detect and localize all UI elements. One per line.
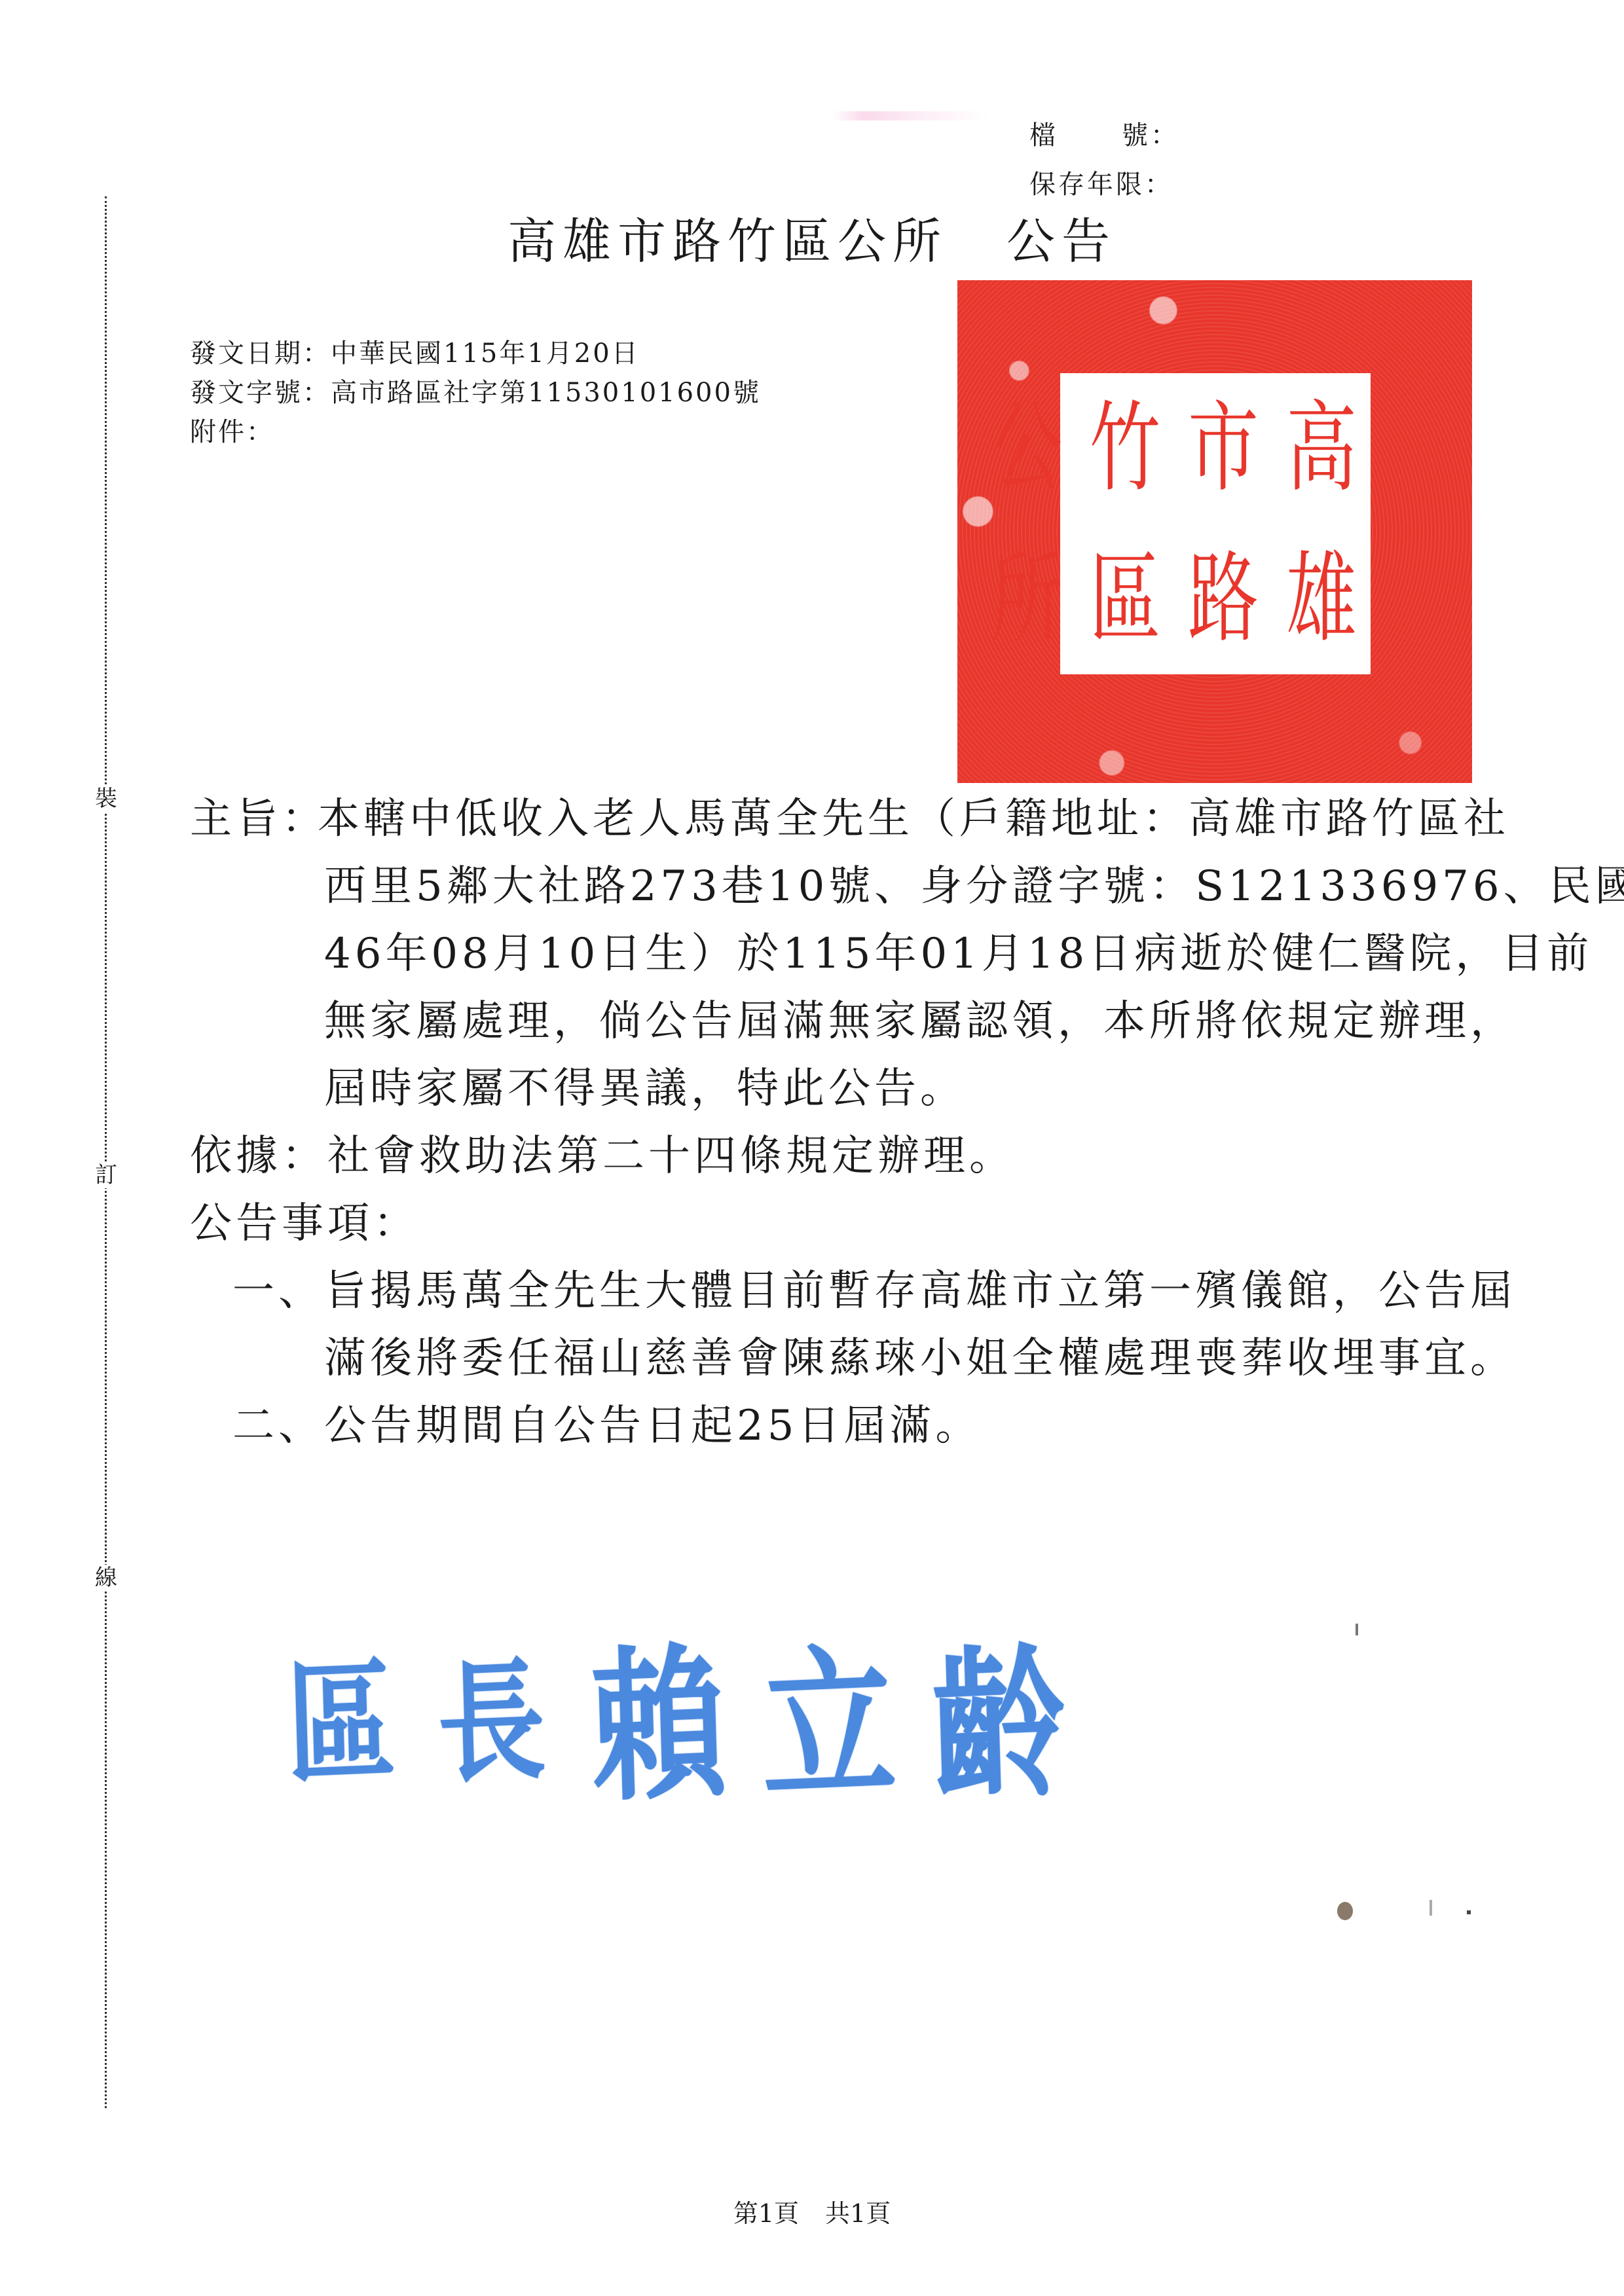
- seal-char: 路: [1188, 524, 1259, 674]
- signature-char: 齡: [928, 1592, 1069, 1833]
- subject-line: 46年08月10日生）於115年01月18日病逝於健仁醫院，目前: [324, 920, 1593, 988]
- seal-char: 雄: [1286, 524, 1357, 674]
- notice-item-line: 公告期間自公告日起25日屆滿。: [324, 1402, 981, 1450]
- page-current: 第1頁: [733, 2199, 799, 2228]
- binding-dotted-line: [105, 196, 107, 2108]
- file-number-colon: ：: [1151, 120, 1179, 151]
- scan-smudge: [1337, 1902, 1353, 1920]
- scan-mark: [1467, 1910, 1471, 1914]
- seal-char: 高: [1286, 373, 1357, 524]
- subject-line: 屆時家屬不得異議，特此公告。: [324, 1055, 966, 1123]
- page-total: 共1頁: [825, 2199, 891, 2228]
- seal-char: 公: [991, 373, 1062, 524]
- attachment-label: 附件：: [190, 417, 274, 447]
- seal-char: 所: [991, 524, 1062, 674]
- signature-char: 長: [435, 1616, 547, 1808]
- reference-number-value: 高市路區社字第11530101600號: [331, 378, 761, 408]
- subject-label: 主旨：: [190, 786, 327, 853]
- signature-char: 立: [758, 1592, 898, 1833]
- signature-char: 賴: [587, 1592, 728, 1833]
- notice-item-line: 滿後將委任福山慈善會陳蕬琜小姐全權處理喪葬收埋事宜。: [324, 1325, 1516, 1393]
- attachment: 附件：: [190, 412, 274, 452]
- document-type: 公告: [1006, 213, 1116, 270]
- reference-number: 發文字號：高市路區社字第11530101600號: [190, 373, 761, 412]
- seal-char: 區: [1090, 524, 1160, 674]
- notice-item-marker: 一、: [232, 1267, 324, 1315]
- binding-label-ding: 訂: [93, 1162, 119, 1188]
- file-number-label: 檔號: [1029, 115, 1151, 152]
- scan-mark: [1356, 1624, 1358, 1635]
- binding-label-xian: 線: [93, 1565, 119, 1591]
- scan-mark: [1430, 1900, 1432, 1916]
- notice-item-1: 一、旨揭馬萬全先生大體目前暫存高雄市立第一殯儀館，公告屆: [232, 1258, 1516, 1325]
- notice-item-2: 二、公告期間自公告日起25日屆滿。: [232, 1393, 981, 1460]
- ink-smudge: [832, 111, 989, 120]
- reference-number-label: 發文字號：: [190, 378, 331, 408]
- binding-label-zhuang: 裝: [93, 786, 119, 812]
- page-footer: 第1頁共1頁: [0, 2193, 1624, 2229]
- district-chief-signature-stamp: 區 長 賴 立 齡: [275, 1611, 1080, 1813]
- agency-name: 高雄市路竹區公所: [507, 213, 948, 270]
- subject-line: 本轄中低收入老人馬萬全先生（戶籍地址：高雄市路竹區社: [318, 786, 1509, 853]
- seal-inner-field: 高 雄 市 路 竹 區 公 所: [1060, 373, 1371, 674]
- seal-char: 竹: [1090, 373, 1160, 524]
- basis-label: 依據：: [190, 1132, 327, 1180]
- basis: 依據：社會救助法第二十四條規定辦理。: [190, 1123, 1015, 1190]
- notice-item-line: 旨揭馬萬全先生大體目前暫存高雄市立第一殯儀館，公告屆: [324, 1267, 1516, 1315]
- subject-line: 無家屬處理，倘公告屆滿無家屬認領，本所將依規定辦理，: [324, 988, 1516, 1055]
- retention-field: 保存年限：: [1029, 164, 1173, 201]
- issue-date-label: 發文日期：: [190, 338, 331, 369]
- issue-date: 發文日期：中華民國115年1月20日: [190, 334, 640, 373]
- retention-colon: ：: [1145, 170, 1173, 200]
- notice-item-marker: 二、: [232, 1402, 324, 1450]
- seal-char: 市: [1188, 373, 1259, 524]
- retention-label: 保存年限: [1029, 170, 1145, 200]
- file-number-field: 檔號：: [1029, 115, 1179, 152]
- official-seal: 高 雄 市 路 竹 區 公 所: [957, 280, 1472, 783]
- notice-items-label: 公告事項：: [190, 1190, 419, 1258]
- subject-line: 西里5鄰大社路273巷10號、身分證字號：S121336976、民國: [324, 853, 1624, 920]
- basis-text: 社會救助法第二十四條規定辦理。: [327, 1132, 1015, 1180]
- issue-date-value: 中華民國115年1月20日: [331, 338, 640, 369]
- page-title: 高雄市路竹區公所公告: [0, 203, 1624, 272]
- signature-char: 區: [284, 1616, 397, 1808]
